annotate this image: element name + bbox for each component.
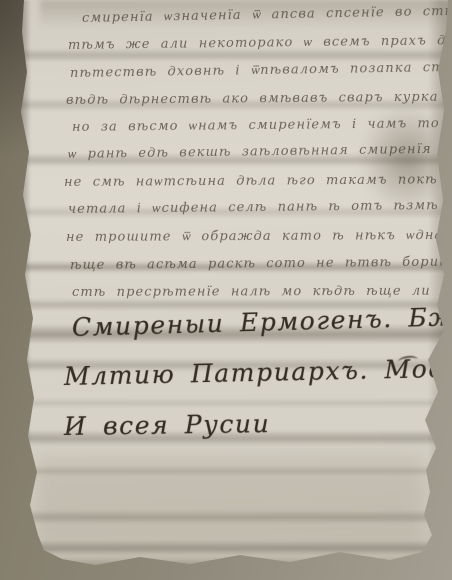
fold-crease [0,540,452,556]
manuscript-line: стѣ пресрѣтенїе налѣ мо кѣдѣ ѣще ли мосе… [72,284,452,300]
fold-crease [0,398,452,408]
manuscript-line: пѣтествѣ дховнѣ і ѿпѣваломъ позапка стѣл… [70,60,452,81]
manuscript-photo: смиренїа ѡзначенїа ѿ апсва спсенїе во ст… [0,0,452,580]
fold-crease [0,466,452,476]
manuscript-line: не трошите ѿ ображда като ѣ нѣкъ ѡднако … [66,229,452,246]
manuscript-line: смиренїа ѡзначенїа ѿ апсва спсенїе во ст… [82,4,452,26]
manuscript-line: не смѣ наѡтсѣина дѣла ѣго такамъ покѣ ми… [64,173,452,190]
paper-sheet: смиренїа ѡзначенїа ѿ апсва спсенїе во ст… [0,0,452,580]
paper-right-edge-shadow [428,0,450,560]
fold-crease [0,510,452,524]
manuscript-line: но за вѣсмо ѡнамъ смиренїемъ і чамъ то м… [72,116,452,135]
signature-text: И всея Русии [64,409,271,441]
paper-bottom-edge-shadow [30,555,432,570]
signature-line: И всея Русии [64,410,271,440]
